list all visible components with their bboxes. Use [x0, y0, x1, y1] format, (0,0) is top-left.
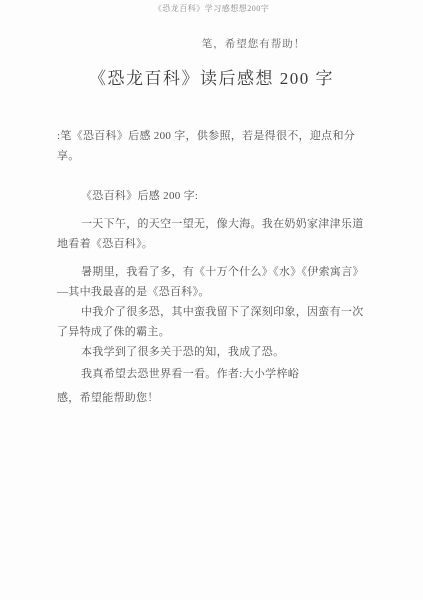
paragraph-closing: 感，希望能帮助您！: [57, 388, 373, 408]
paragraph-intro: :笔《恐百科》后感 200 字，供参照，若是得很不，迎点和分享。: [57, 126, 373, 166]
document-title: 《恐龙百科》读后感想 200 字: [0, 64, 423, 89]
page-header-caption: 《恐龙百科》学习感想想200字: [0, 0, 423, 14]
helper-note: 笔，希望您有帮助！: [42, 36, 423, 51]
paragraph-body: 暑期里，我看了多，有《十万个什么》《水》《伊索寓言》—其中我最喜的是《恐百科》。: [57, 262, 373, 302]
paragraph-body: 一天下午，的天空一望无，像大海。我在奶奶家津津乐道地看着《恐百科》。: [57, 214, 373, 254]
document-page: 《恐龙百科》学习感想想200字 笔，希望您有帮助！ 《恐龙百科》读后感想 200…: [0, 0, 423, 600]
document-body: :笔《恐百科》后感 200 字，供参照，若是得很不，迎点和分享。 《恐百科》后感…: [0, 100, 423, 408]
paragraph-author: 我真希望去恐世界看一看。作者:大小学梓峪: [57, 364, 373, 384]
paragraph-subtitle: 《恐百科》后感 200 字:: [57, 186, 373, 206]
paragraph-body: 中我介了很多恐，其中蛮我留下了深刻印象，因蛮有一次了异特成了侏的霸主。: [57, 302, 373, 342]
paragraph-body: 本我学到了很多关于恐的知，我成了恐。: [57, 342, 373, 362]
